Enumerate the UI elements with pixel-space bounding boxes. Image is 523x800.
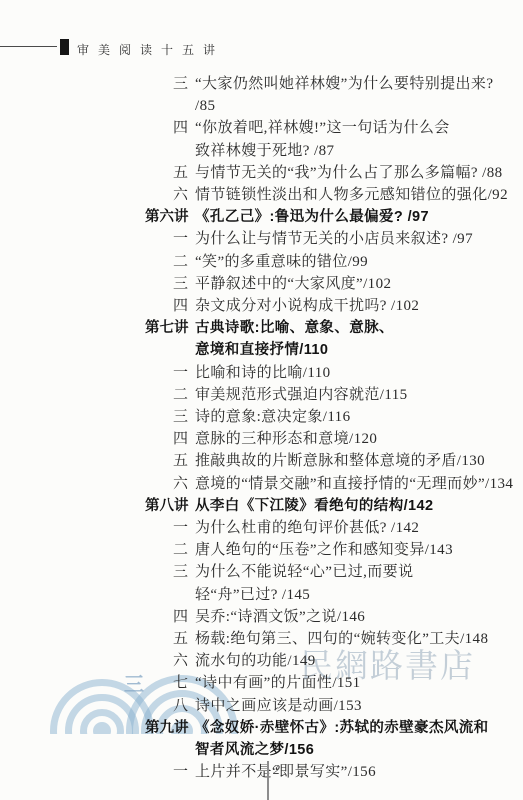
toc-item-row: 五与情节无关的“我”为什么占了那么多篇幅? /88 [145,162,517,184]
toc-entry-text: 诗中之画应该是动画/153 [195,695,362,717]
toc-entry-number: 三 [145,73,188,117]
toc-item-row: 四“你放着吧,祥林嫂!”这一句话为什么会致祥林嫂于死地? /87 [145,117,517,161]
toc-entry-number: 一 [145,362,188,384]
toc-entry-text: 为什么杜甫的绝句评价甚低? /142 [195,517,419,539]
toc-entry-number: 三 [145,561,188,605]
toc-entry-text: “大家仍然叫她祥林嫂”为什么要特别提出来? /85 [195,73,517,117]
toc-item-row: 七“诗中有画”的片面性/151 [145,672,517,694]
table-of-contents: 三“大家仍然叫她祥林嫂”为什么要特别提出来? /85四“你放着吧,祥林嫂!”这一… [145,73,517,784]
toc-chapter-row: 第八讲从李白《下江陵》看绝句的结构/142 [145,495,517,517]
toc-entry-text: 《念奴娇·赤壁怀古》:苏轼的赤壁豪杰风流和智者风流之梦/156 [195,717,489,761]
toc-entry-number: 第九讲 [145,717,188,761]
toc-entry-text: 杨载:绝句第三、四句的“婉转变化”工夫/148 [195,628,488,650]
toc-entry-number: 四 [145,295,188,317]
toc-entry-number: 八 [145,695,188,717]
toc-entry-text: 审美规范形式强迫内容就范/115 [195,384,408,406]
toc-entry-number: 第六讲 [145,206,188,228]
page-number-rule [267,761,269,800]
toc-entry-text: 上片并不是“即景写实”/156 [195,761,376,783]
toc-item-row: 六意境的“情景交融”和直接抒情的“无理而妙”/134 [145,473,517,495]
toc-item-row: 一为什么杜甫的绝句评价甚低? /142 [145,517,517,539]
toc-item-row: 四意脉的三种形态和意境/120 [145,428,517,450]
toc-entry-number: 二 [145,539,188,561]
toc-entry-text: 诗的意象:意决定象/116 [195,406,350,428]
toc-entry-text: 杂文成分对小说构成干扰吗? /102 [195,295,419,317]
toc-entry-number: 第七讲 [145,317,188,361]
toc-item-row: 四杂文成分对小说构成干扰吗? /102 [145,295,517,317]
toc-entry-text: 为什么不能说轻“心”已过,而要说轻“舟”已过? /145 [195,561,413,605]
toc-entry-number: 一 [145,761,188,783]
header-marker-icon [60,39,69,55]
toc-entry-number: 五 [145,628,188,650]
toc-entry-text: 意境的“情景交融”和直接抒情的“无理而妙”/134 [195,473,513,495]
toc-entry-number: 第八讲 [145,495,188,517]
toc-entry-number: 二 [145,384,188,406]
toc-item-row: 三为什么不能说轻“心”已过,而要说轻“舟”已过? /145 [145,561,517,605]
toc-item-row: 五杨载:绝句第三、四句的“婉转变化”工夫/148 [145,628,517,650]
toc-entry-number: 六 [145,650,188,672]
toc-entry-number: 三 [145,406,188,428]
toc-entry-number: 三 [145,273,188,295]
toc-entry-number: 五 [145,162,188,184]
toc-item-row: 六流水句的功能/149 [145,650,517,672]
toc-item-row: 二审美规范形式强迫内容就范/115 [145,384,517,406]
toc-entry-number: 一 [145,517,188,539]
toc-entry-text: 古典诗歌:比喻、意象、意脉、意境和直接抒情/110 [195,317,394,361]
toc-item-row: 一上片并不是“即景写实”/156 [145,761,517,783]
toc-entry-number: 四 [145,117,188,161]
toc-item-row: 八诗中之画应该是动画/153 [145,695,517,717]
toc-entry-text: 唐人绝句的“压卷”之作和感知变异/143 [195,539,453,561]
toc-item-row: 二唐人绝句的“压卷”之作和感知变异/143 [145,539,517,561]
toc-entry-text: 从李白《下江陵》看绝句的结构/142 [195,495,433,517]
toc-item-row: 六情节链锁性淡出和人物多元感知错位的强化/92 [145,184,517,206]
toc-entry-text: “你放着吧,祥林嫂!”这一句话为什么会致祥林嫂于死地? /87 [195,117,450,161]
toc-entry-number: 四 [145,428,188,450]
header-rule [0,46,57,47]
toc-entry-text: 流水句的功能/149 [195,650,316,672]
toc-item-row: 五推敲典故的片断意脉和整体意境的矛盾/130 [145,450,517,472]
toc-entry-number: 六 [145,184,188,206]
toc-item-row: 二“笑”的多重意味的错位/99 [145,251,517,273]
toc-entry-text: 推敲典故的片断意脉和整体意境的矛盾/130 [195,450,485,472]
toc-entry-text: 比喻和诗的比喻/110 [195,362,331,384]
toc-entry-text: 情节链锁性淡出和人物多元感知错位的强化/92 [195,184,508,206]
toc-item-row: 三平静叙述中的“大家风度”/102 [145,273,517,295]
toc-chapter-row: 第九讲《念奴娇·赤壁怀古》:苏轼的赤壁豪杰风流和智者风流之梦/156 [145,717,517,761]
toc-entry-text: “诗中有画”的片面性/151 [195,672,361,694]
running-title: 审美阅读十五讲 [77,41,224,58]
toc-entry-text: 平静叙述中的“大家风度”/102 [195,273,391,295]
toc-entry-number: 二 [145,251,188,273]
toc-chapter-row: 第七讲古典诗歌:比喻、意象、意脉、意境和直接抒情/110 [145,317,517,361]
page-number: 2 [273,763,280,779]
toc-item-row: 三诗的意象:意决定象/116 [145,406,517,428]
toc-item-row: 一为什么让与情节无关的小店员来叙述? /97 [145,228,517,250]
toc-entry-number: 一 [145,228,188,250]
toc-entry-text: 为什么让与情节无关的小店员来叙述? /97 [195,228,473,250]
toc-entry-number: 六 [145,473,188,495]
toc-item-row: 四吴乔:“诗酒文饭”之说/146 [145,606,517,628]
toc-entry-text: 与情节无关的“我”为什么占了那么多篇幅? /88 [195,162,503,184]
toc-entry-number: 五 [145,450,188,472]
toc-item-row: 三“大家仍然叫她祥林嫂”为什么要特别提出来? /85 [145,73,517,117]
toc-chapter-row: 第六讲《孔乙己》:鲁迅为什么最偏爱? /97 [145,206,517,228]
watermark-logo-char: 三 [124,668,144,697]
toc-entry-number: 四 [145,606,188,628]
book-toc-page: 审美阅读十五讲 三 民網路書店 三“大家仍然叫她祥林嫂”为什么要特别提出来? /… [0,0,523,800]
toc-entry-text: 意脉的三种形态和意境/120 [195,428,377,450]
toc-entry-number: 七 [145,672,188,694]
toc-entry-text: 《孔乙己》:鲁迅为什么最偏爱? /97 [195,206,429,228]
toc-entry-text: “笑”的多重意味的错位/99 [195,251,368,273]
toc-entry-text: 吴乔:“诗酒文饭”之说/146 [195,606,365,628]
toc-item-row: 一比喻和诗的比喻/110 [145,362,517,384]
